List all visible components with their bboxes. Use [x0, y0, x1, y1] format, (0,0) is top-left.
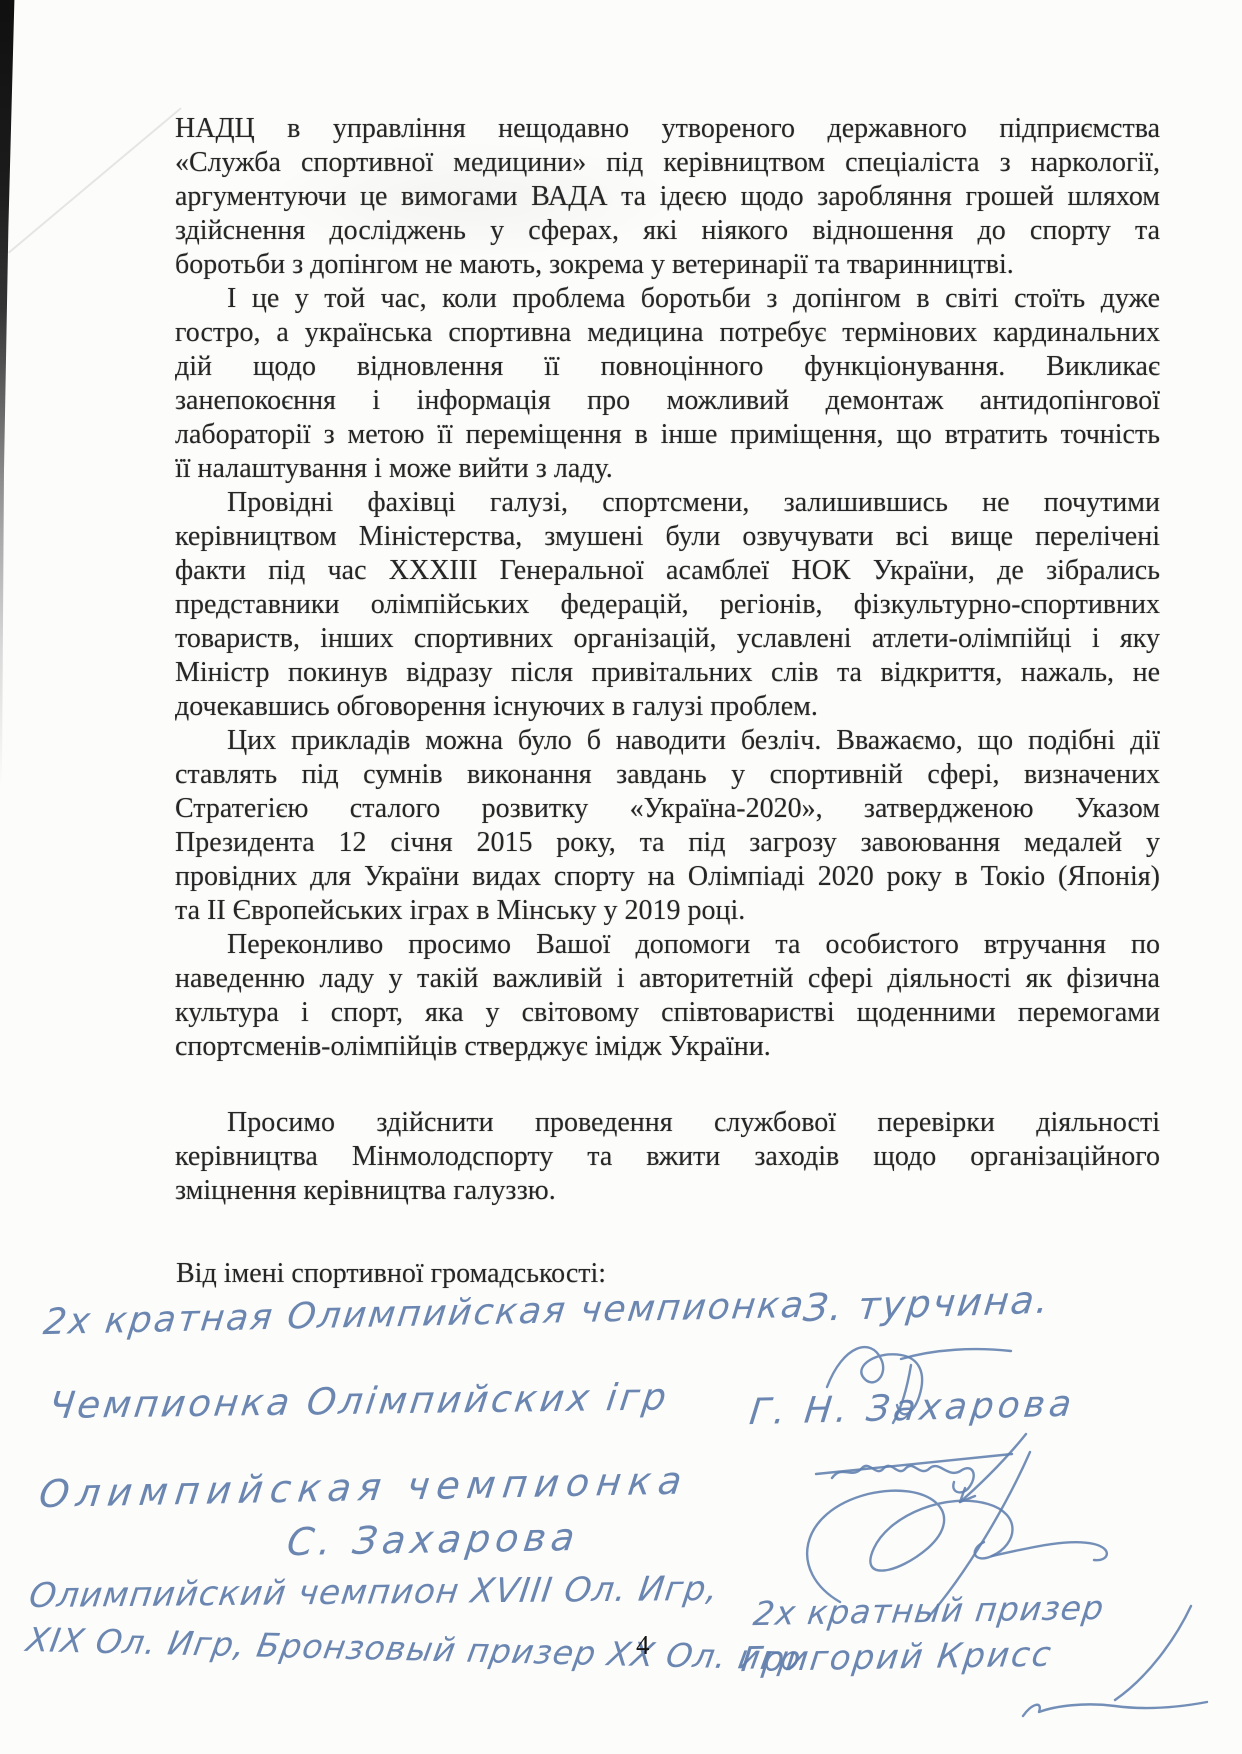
- body-line: Цих прикладів можна було б наводити безл…: [175, 724, 1160, 758]
- signature-turchyna-flourish: [815, 1325, 1025, 1425]
- body-line: Провідні фахівці галузі, спортсмени, зал…: [175, 486, 1160, 520]
- body-line: та ІІ Європейських іграх в Мінську у 201…: [175, 894, 1160, 928]
- handwritten-title-olympic-champion-2x: 2х кратная Олимпийская чемпионка: [41, 1285, 807, 1343]
- paper-crease-artifact: [8, 107, 182, 253]
- body-line: спортсменів-олімпійців стверджує імідж У…: [175, 1030, 1160, 1064]
- body-line: І це у той час, коли проблема боротьби з…: [175, 282, 1160, 316]
- paragraph-2: І це у той час, коли проблема боротьби з…: [175, 282, 1160, 486]
- paragraph-4: Цих прикладів можна було б наводити безл…: [175, 724, 1160, 928]
- body-line: аргументуючи це вимогами ВАДА та ідеєю щ…: [175, 180, 1160, 214]
- handwritten-name-s-zakharova: С. Захарова: [285, 1515, 583, 1564]
- body-line: товариств, інших спортивних організацій,…: [175, 622, 1160, 656]
- scanned-page: НАДЦ в управління нещодавно утвореного д…: [0, 0, 1242, 1754]
- body-line: дочекавшись обговорення існуючих в галуз…: [175, 690, 1160, 724]
- typed-body-text: НАДЦ в управління нещодавно утвореного д…: [175, 112, 1160, 1208]
- body-line: провідних для України видах спорту на Ол…: [175, 860, 1160, 894]
- handwritten-name-z-turchyna: З. турчина.: [801, 1277, 1052, 1330]
- scanner-edge-artifact: [0, 0, 20, 810]
- handwritten-title-olympic-games-champion: Чемпионка Олімпийских ігр: [47, 1375, 672, 1427]
- body-line: лабораторії з метою її переміщення в інш…: [175, 418, 1160, 452]
- body-line: керівництвом Міністерства, змушені були …: [175, 520, 1160, 554]
- body-line: наведенню ладу у такій важливій і автори…: [175, 962, 1160, 996]
- paragraph-6: Просимо здійснити проведення службової п…: [175, 1106, 1160, 1208]
- body-line: культура і спорт, яка у світовому співто…: [175, 996, 1160, 1030]
- paragraph-5: Переконливо просимо Вашої допомоги та ос…: [175, 928, 1160, 1064]
- handwritten-title-olympic-champion: Олимпийская чемпионка: [37, 1458, 691, 1516]
- body-line: Президента 12 січня 2015 року, та під за…: [175, 826, 1160, 860]
- handwritten-title-champion-xviii-games: Олимпийский чемпион XVIII Ол. Игр,: [27, 1569, 721, 1616]
- body-line: факти під час XXXIII Генеральної асамбле…: [175, 554, 1160, 588]
- body-line: Переконливо просимо Вашої допомоги та ос…: [175, 928, 1160, 962]
- paragraph-1: НАДЦ в управління нещодавно утвореного д…: [175, 112, 1160, 282]
- page-number: 4: [636, 1630, 650, 1661]
- signoff-line: Від імені спортивної громадськості:: [176, 1258, 606, 1290]
- body-line: здійснення досліджень у сферах, які ніяк…: [175, 214, 1160, 248]
- body-line: гостро, а українська спортивна медицина …: [175, 316, 1160, 350]
- body-line: Стратегією сталого розвитку «Україна-202…: [175, 792, 1160, 826]
- body-line: зміцнення керівництва галуззю.: [175, 1174, 1160, 1208]
- body-line: Міністр покинув відразу після привітальн…: [175, 656, 1160, 690]
- body-line: керівництва Мінмолодспорту та вжити захо…: [175, 1140, 1160, 1174]
- body-line: «Служба спортивної медицини» під керівни…: [175, 146, 1160, 180]
- body-line: ставлять під сумнів виконання завдань у …: [175, 758, 1160, 792]
- signature-kriss-flourish: [995, 1600, 1235, 1730]
- paragraph-3: Провідні фахівці галузі, спортсмени, зал…: [175, 486, 1160, 724]
- handwritten-title-xix-games-bronze-xx: XIX Ол. Игр, Бронзовый призер XX Ол. игр: [24, 1620, 805, 1678]
- body-line: дій щодо відновлення її повноцінного фун…: [175, 350, 1160, 384]
- body-line: Просимо здійснити проведення службової п…: [175, 1106, 1160, 1140]
- body-line: її налаштування і може вийти з ладу.: [175, 452, 1160, 486]
- body-line: представники олімпійських федерацій, рег…: [175, 588, 1160, 622]
- body-line: занепокоєння і інформація про можливий д…: [175, 384, 1160, 418]
- body-line: НАДЦ в управління нещодавно утвореного д…: [175, 112, 1160, 146]
- body-line: боротьби з допінгом не мають, зокрема у …: [175, 248, 1160, 282]
